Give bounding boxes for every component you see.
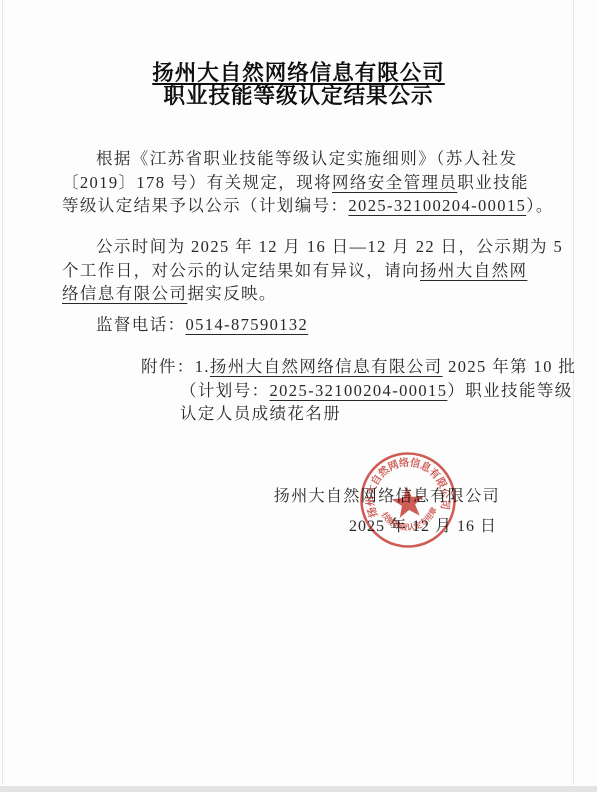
text-segment: 认定人员成绩花名册 [180, 404, 341, 423]
text-segment: 〔2019〕178 号）有关规定，现将 [62, 173, 332, 192]
text-segment: 监督电话： [96, 315, 186, 334]
text-segment: 个工作日，对公示的认定结果如有异议，请向 [62, 261, 420, 280]
text-line: 络信息有限公司据实反映。 [62, 282, 540, 306]
underlined-text-segment: 2025-32100204-00015 [270, 381, 448, 400]
text-segment: 公示时间为 2025 年 12 月 16 日—12 月 22 日，公示期为 5 [96, 237, 563, 256]
text-line: 附件：1.扬州大自然网络信息有限公司 2025 年第 10 批 [62, 355, 540, 379]
text-line: 根据《江苏省职业技能等级认定实施细则》（苏人社发 [62, 147, 540, 171]
page-edge-shadow-right [573, 0, 574, 785]
document-title: 扬州大自然网络信息有限公司 职业技能等级认定结果公示 [0, 62, 597, 108]
paragraph-supervision-phone: 监督电话：0514-87590132 [62, 313, 540, 337]
text-segment: ）职业技能等级 [447, 381, 572, 400]
text-segment: 等级认定结果予以公示（计划编号： [62, 196, 348, 215]
text-segment: 职业技能 [457, 173, 529, 192]
text-segment: （计划号： [180, 381, 270, 400]
paragraph-attachment: 附件：1.扬州大自然网络信息有限公司 2025 年第 10 批（计划号：2025… [62, 355, 540, 426]
underlined-text-segment: 络信息有限公司 [62, 284, 187, 303]
title-subject-line: 职业技能等级认定结果公示 [0, 85, 597, 108]
text-segment: 据实反映。 [187, 284, 277, 303]
text-line: 个工作日，对公示的认定结果如有异议，请向扬州大自然网 [62, 259, 540, 283]
text-line: 监督电话：0514-87590132 [62, 313, 540, 337]
underlined-text-segment: 扬州大自然网 [420, 261, 527, 280]
underlined-text-segment: 扬州大自然网络信息有限公司 [210, 357, 443, 376]
text-segment: 根据《江苏省职业技能等级认定实施细则》（苏人社发 [96, 149, 517, 168]
underlined-text-segment: 0514-87590132 [186, 315, 309, 334]
text-line: 认定人员成绩花名册 [62, 402, 540, 426]
page-bottom-shadow [0, 786, 597, 792]
text-segment: 2025 年第 10 批 [443, 357, 577, 376]
text-line: 等级认定结果予以公示（计划编号：2025-32100204-00015）。 [62, 194, 540, 218]
text-line: （计划号：2025-32100204-00015）职业技能等级 [62, 379, 540, 403]
text-line: 公示时间为 2025 年 12 月 16 日—12 月 22 日，公示期为 5 [62, 235, 540, 259]
title-company-line: 扬州大自然网络信息有限公司 [0, 62, 597, 85]
text-segment: 附件：1. [141, 357, 210, 376]
company-seal-stamp: 扬州大自然网络信息有限公司 技能等级认定专用章 [353, 445, 463, 555]
text-segment: ）。 [526, 196, 554, 215]
page-edge-shadow-left [2, 0, 3, 785]
paragraph-regulation: 根据《江苏省职业技能等级认定实施细则》（苏人社发〔2019〕178 号）有关规定… [62, 147, 540, 218]
scanned-document-page: 扬州大自然网络信息有限公司 职业技能等级认定结果公示 根据《江苏省职业技能等级认… [0, 0, 597, 792]
underlined-text-segment: 网络安全管理员 [332, 173, 457, 192]
text-line: 〔2019〕178 号）有关规定，现将网络安全管理员职业技能 [62, 171, 540, 195]
paragraph-publicity-period: 公示时间为 2025 年 12 月 16 日—12 月 22 日，公示期为 5个… [62, 235, 540, 306]
seal-star-icon [390, 484, 425, 518]
underlined-text-segment: 2025-32100204-00015 [348, 196, 526, 215]
